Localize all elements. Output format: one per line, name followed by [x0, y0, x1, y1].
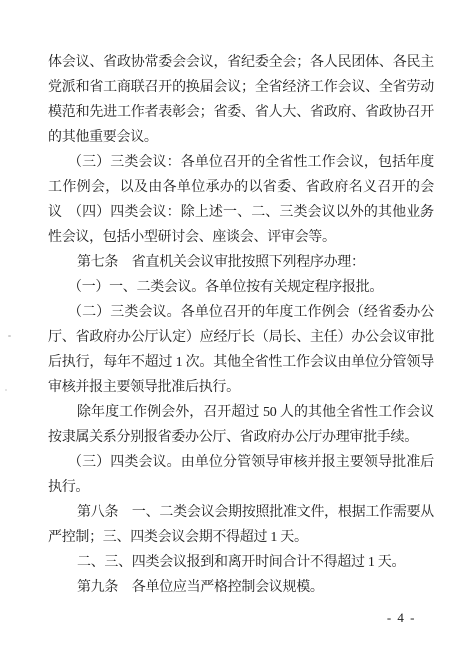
document-page: 体会议、省政协常委会会议，省纪委全会；各人民团体、各民主 党派和省工商联召开的换…	[0, 0, 462, 647]
document-line: 的其他重要会议。	[48, 125, 434, 150]
document-line: （二）三类会议。各单位召开的年度工作例会（经省委办公	[48, 300, 434, 325]
document-line: 体会议、省政协常委会会议，省纪委全会；各人民团体、各民主	[48, 50, 434, 75]
document-line: 二、三、四类会议报到和离开时间合计不得超过 1 天。	[48, 550, 434, 575]
document-line: （一）一、二类会议。各单位按有关规定程序报批。	[48, 275, 434, 300]
scan-artifact	[8, 335, 11, 337]
document-line: 工作例会，以及由各单位承办的以省委、省政府名义召开的会议。	[48, 175, 434, 200]
document-line: （三）三类会议：各单位召开的全省性工作会议，包括年度	[48, 150, 434, 175]
document-line: 第八条 一、二类会议会期按照批准文件，根据工作需要从	[48, 500, 434, 525]
document-line: （三）四类会议。由单位分管领导审核并报主要领导批准后	[48, 450, 434, 475]
document-body: 体会议、省政协常委会会议，省纪委全会；各人民团体、各民主 党派和省工商联召开的换…	[48, 50, 434, 600]
page-number: - 4 -	[387, 610, 416, 626]
document-line: 党派和省工商联召开的换届会议；全省经济工作会议、全省劳动	[48, 75, 434, 100]
document-line: 后执行，每年不超过 1 次。其他全省性工作会议由单位分管领导	[48, 350, 434, 375]
document-line: 厅、省政府办公厅认定）应经厅长（局长、主任）办公会议审批	[48, 325, 434, 350]
document-line: （四）四类会议：除上述一、二、三类会议以外的其他业务	[48, 200, 434, 225]
document-line: 执行。	[48, 475, 434, 500]
document-line: 第九条 各单位应当严格控制会议规模。	[48, 575, 434, 600]
document-line: 性会议，包括小型研讨会、座谈会、评审会等。	[48, 225, 434, 250]
document-line: 按隶属关系分别报省委办公厅、省政府办公厅办理审批手续。	[48, 425, 434, 450]
scan-artifact	[5, 389, 7, 391]
document-line: 除年度工作例会外，召开超过 50 人的其他全省性工作会议	[48, 400, 434, 425]
document-line: 模范和先进工作者表彰会；省委、省人大、省政府、省政协召开	[48, 100, 434, 125]
document-line: 严控制；三、四类会议会期不得超过 1 天。	[48, 525, 434, 550]
document-line: 审核并报主要领导批准后执行。	[48, 375, 434, 400]
document-line: 第七条 省直机关会议审批按照下列程序办理：	[48, 250, 434, 275]
